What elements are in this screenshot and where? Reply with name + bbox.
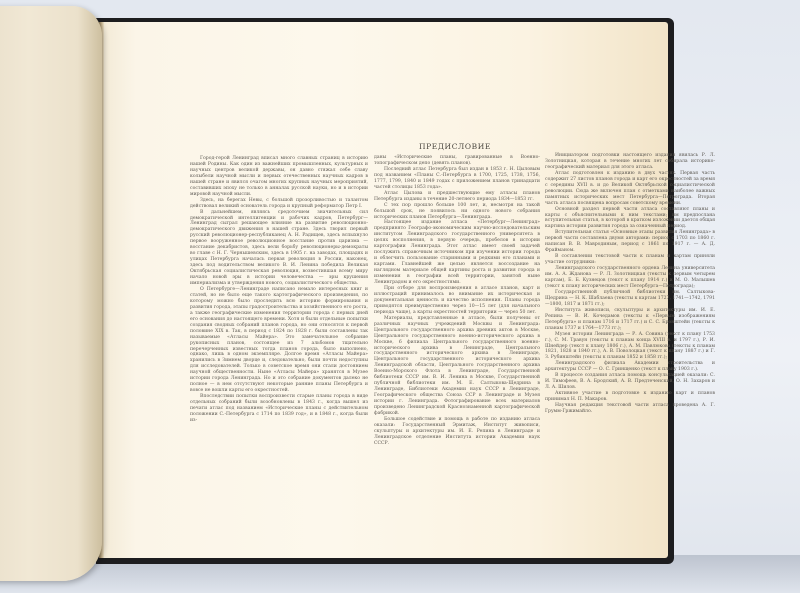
paragraph: Ленинградского филиала Академии строител…: [545, 361, 715, 373]
text-column-1: Город-герой Ленинград вписал много славн…: [190, 156, 368, 424]
paragraph: Большое содействие и помощь в работе по …: [374, 417, 540, 447]
paragraph: Основной раздел первой части атласа сост…: [545, 207, 715, 231]
paragraph: Инициатором подготовки настоящего издани…: [545, 153, 715, 171]
paragraph: Последний атлас Петербурга был издан в 1…: [374, 167, 540, 191]
paragraph: Активное участие в подготовке к изданию …: [545, 391, 715, 403]
paragraph: Вступительная статья «Основные этапы раз…: [545, 230, 715, 254]
paragraph: С тех пор прошло больше 100 лет, и, несм…: [374, 203, 540, 221]
text-column-2: даны «Исторические планы, гравированные …: [374, 155, 540, 447]
page-heading: ПРЕДИСЛОВИЕ: [380, 142, 530, 151]
paragraph: Института живописи, скульптуры и архитек…: [545, 308, 715, 332]
paragraph: даны «Исторические планы, гравированные …: [374, 155, 540, 167]
paragraph: Город-герой Ленинград вписал много славн…: [190, 156, 368, 198]
paragraph: Атлас подготовлен к изданию в двух частя…: [545, 171, 715, 207]
paragraph: Ленинградского государственного ордена Л…: [545, 266, 715, 290]
paragraph: При отборе для воспроизведения в атласе …: [374, 286, 540, 316]
paragraph: Материалы, представленные в атласе, были…: [374, 316, 540, 417]
paragraph: Музея истории Ленинграда — Р. А. Совина …: [545, 332, 715, 362]
paragraph: Впоследствии попытки воспроизвести стары…: [190, 394, 368, 424]
paragraph: В составлении текстовой части к планам и…: [545, 254, 715, 266]
paragraph: Научная редакция текстовой части атласа …: [545, 403, 715, 415]
left-page-blank: [0, 6, 102, 581]
paragraph: Атлас Цылова и предшествующие ему атласы…: [374, 191, 540, 203]
paragraph: Государственной публичной библиотеки им.…: [545, 290, 715, 308]
paragraph: В дальнейшем, являясь средоточием значит…: [190, 210, 368, 287]
paragraph: О Петербурге—Ленинграде написано немало …: [190, 287, 368, 394]
paragraph: В процессе создания атласа помощь консул…: [545, 373, 715, 391]
paragraph: Здесь, на берегах Невы, с большой прозор…: [190, 198, 368, 210]
text-column-3: Инициатором подготовки настоящего издани…: [545, 153, 715, 415]
paragraph: Настоящее издание атласа «Петербург—Лени…: [374, 220, 540, 285]
